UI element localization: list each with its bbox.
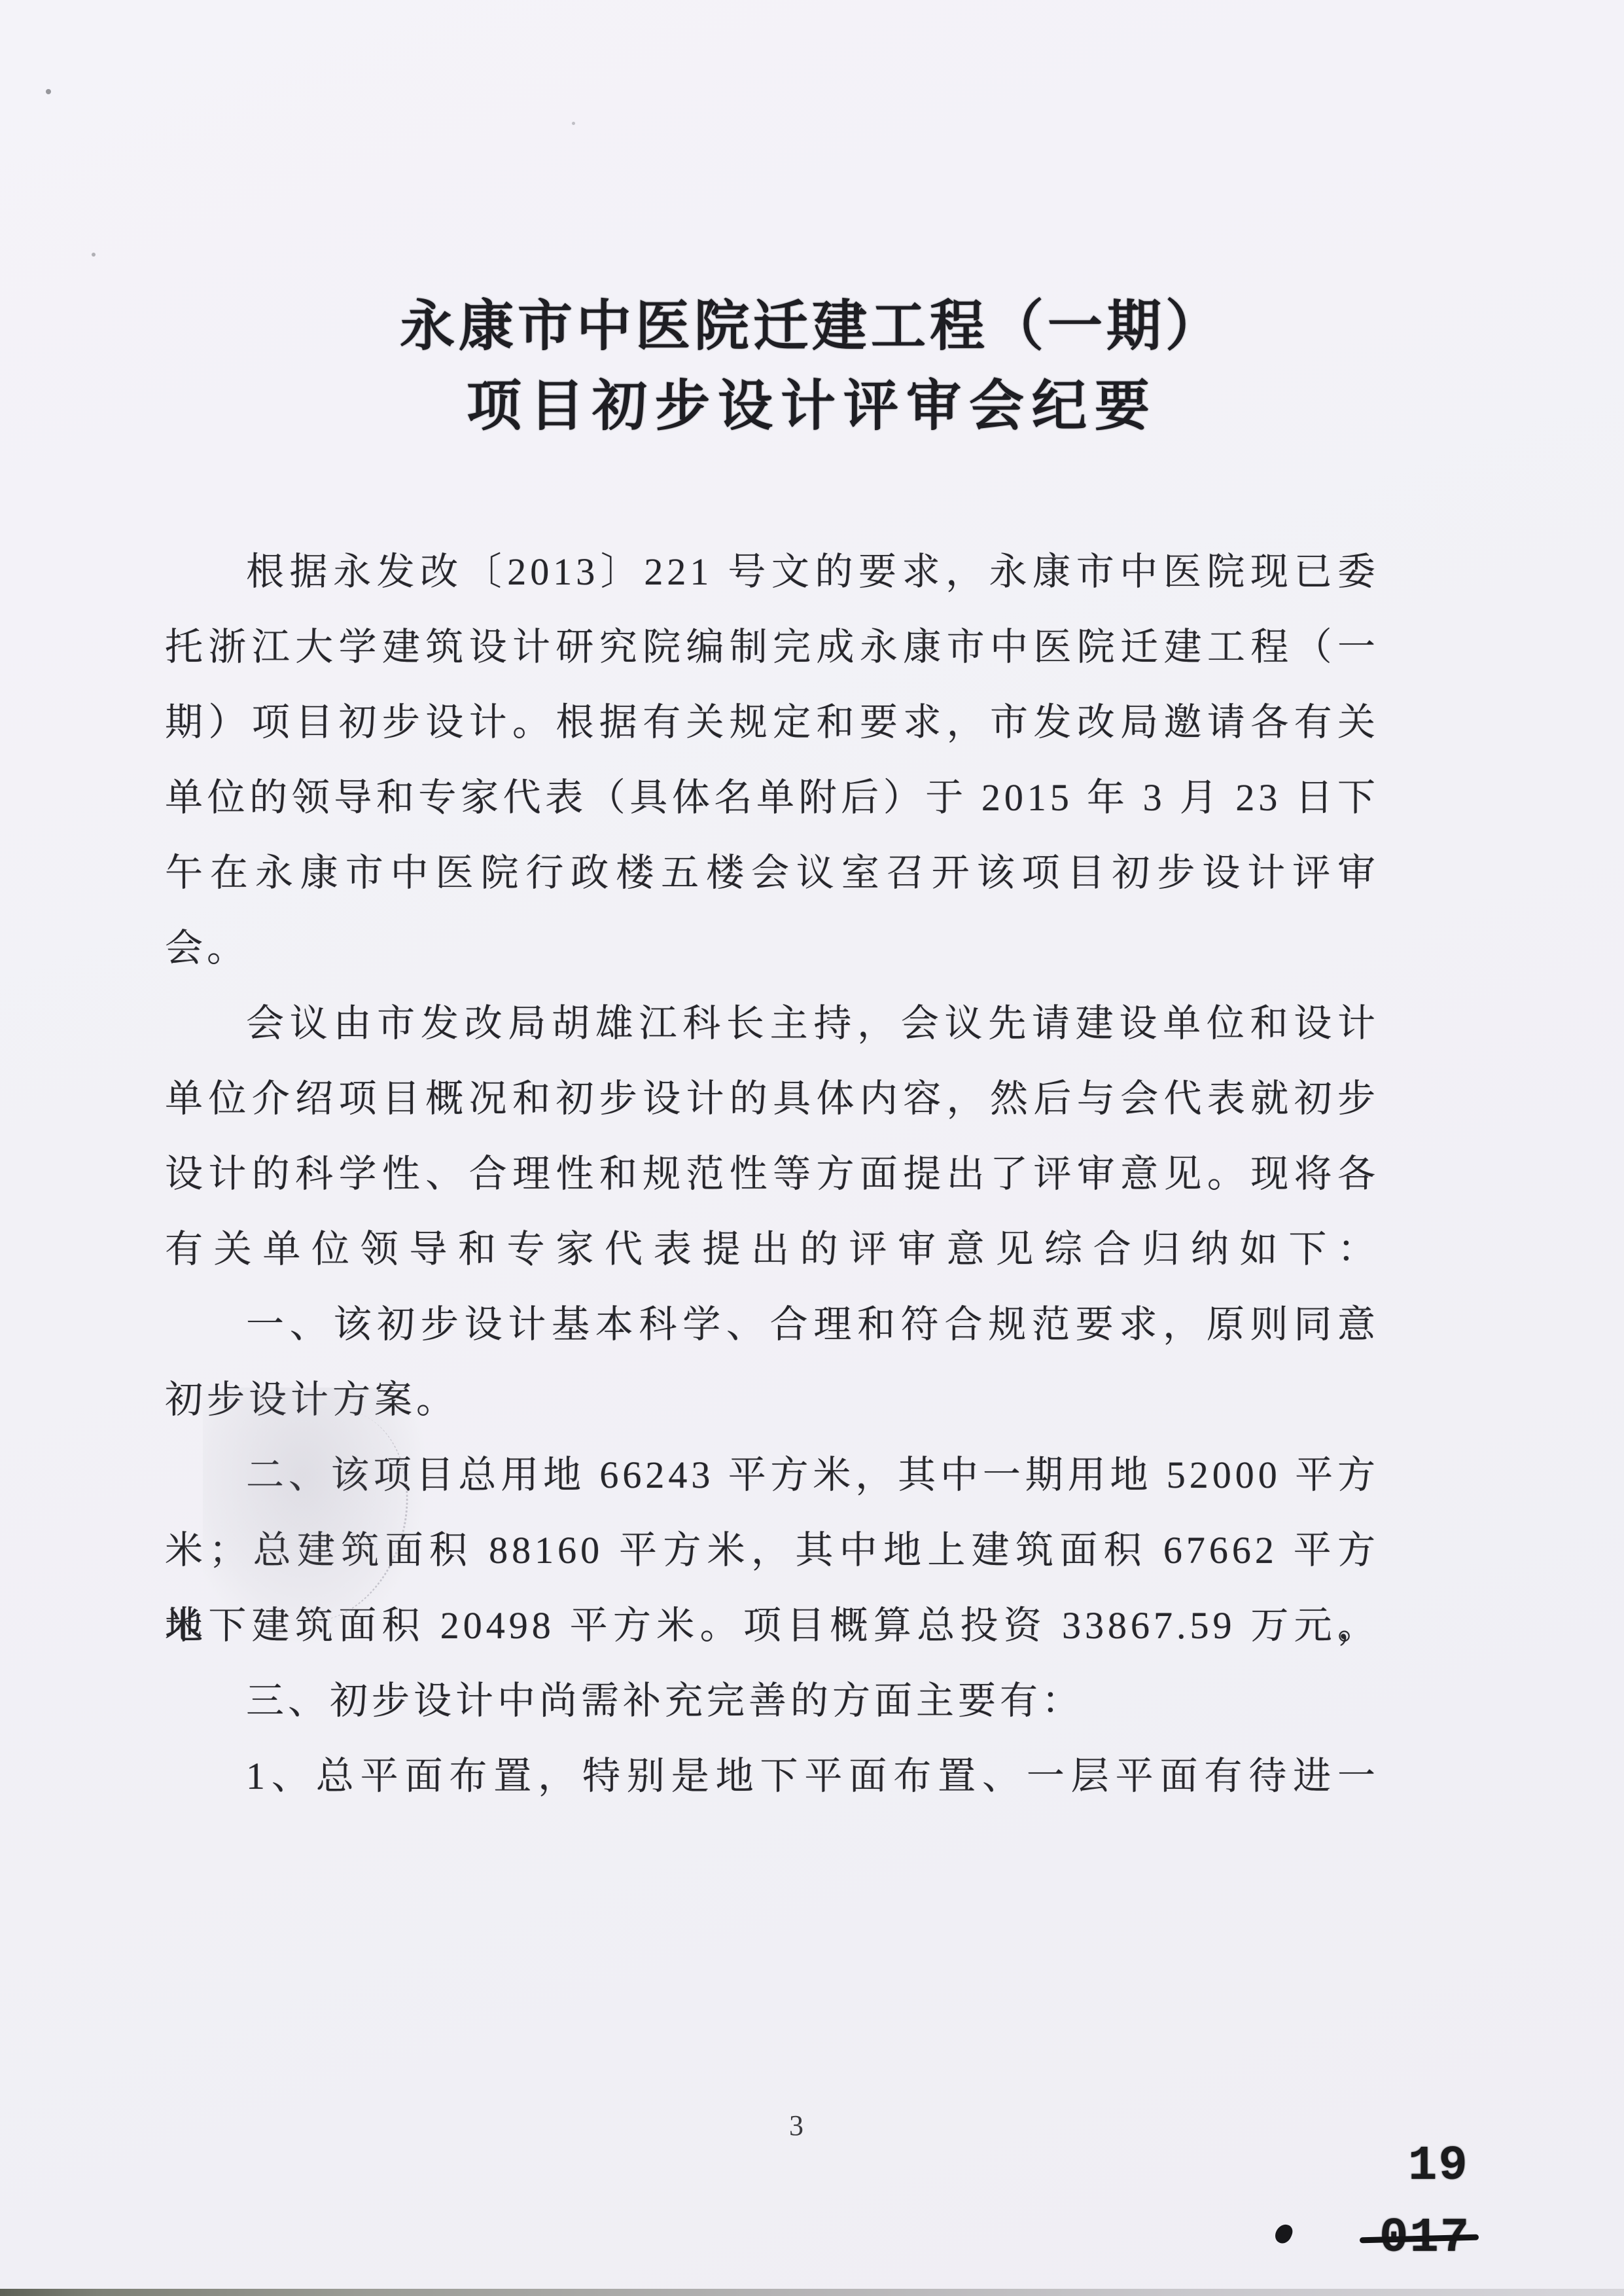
body-line: 托浙江大学建筑设计研究院编制完成永康市中医院迁建工程（一 [165, 609, 1379, 685]
title-line-2: 项目初步设计评审会纪要 [0, 367, 1624, 445]
body-line: 会。 [165, 910, 1379, 986]
stamp-number-top: 19 [1408, 2139, 1469, 2194]
body-line: 期）项目初步设计。根据有关规定和要求，市发改局邀请各有关 [165, 685, 1379, 760]
body-line: 一、该初步设计基本科学、合理和符合规范要求，原则同意 [165, 1287, 1379, 1362]
scanned-document-page: 永康市中医院迁建工程（一期） 项目初步设计评审会纪要 根据永发改〔2013〕22… [0, 0, 1624, 2296]
body-line: 会议由市发改局胡雄江科长主持，会议先请建设单位和设计 [165, 986, 1379, 1061]
title-line-1: 永康市中医院迁建工程（一期） [0, 287, 1624, 365]
scan-edge-artifact [0, 2289, 1624, 2296]
ink-dot [1273, 2221, 1295, 2246]
page-number: 3 [789, 2109, 803, 2142]
body-line: 三、初步设计中尚需补充完善的方面主要有： [165, 1663, 1379, 1738]
body-line: 单位介绍项目概况和初步设计的具体内容，然后与会代表就初步 [165, 1061, 1379, 1136]
body-line: 根据永发改〔2013〕221 号文的要求，永康市中医院现已委 [165, 534, 1379, 609]
scan-speck [92, 253, 96, 257]
body-line: 1、总平面布置，特别是地下平面布置、一层平面有待进一 [165, 1738, 1379, 1814]
document-title: 永康市中医院迁建工程（一期） 项目初步设计评审会纪要 [0, 287, 1624, 445]
body-line: 设计的科学性、合理性和规范性等方面提出了评审意见。现将各 [165, 1136, 1379, 1211]
body-line: 单位的领导和专家代表（具体名单附后）于 2015 年 3 月 23 日下 [165, 760, 1379, 835]
body-line: 午在永康市中医院行政楼五楼会议室召开该项目初步设计评审 [165, 835, 1379, 910]
scan-speck [46, 89, 51, 94]
scan-speck [572, 122, 575, 125]
body-line: 有关单位领导和专家代表提出的评审意见综合归纳如下： [165, 1211, 1379, 1287]
